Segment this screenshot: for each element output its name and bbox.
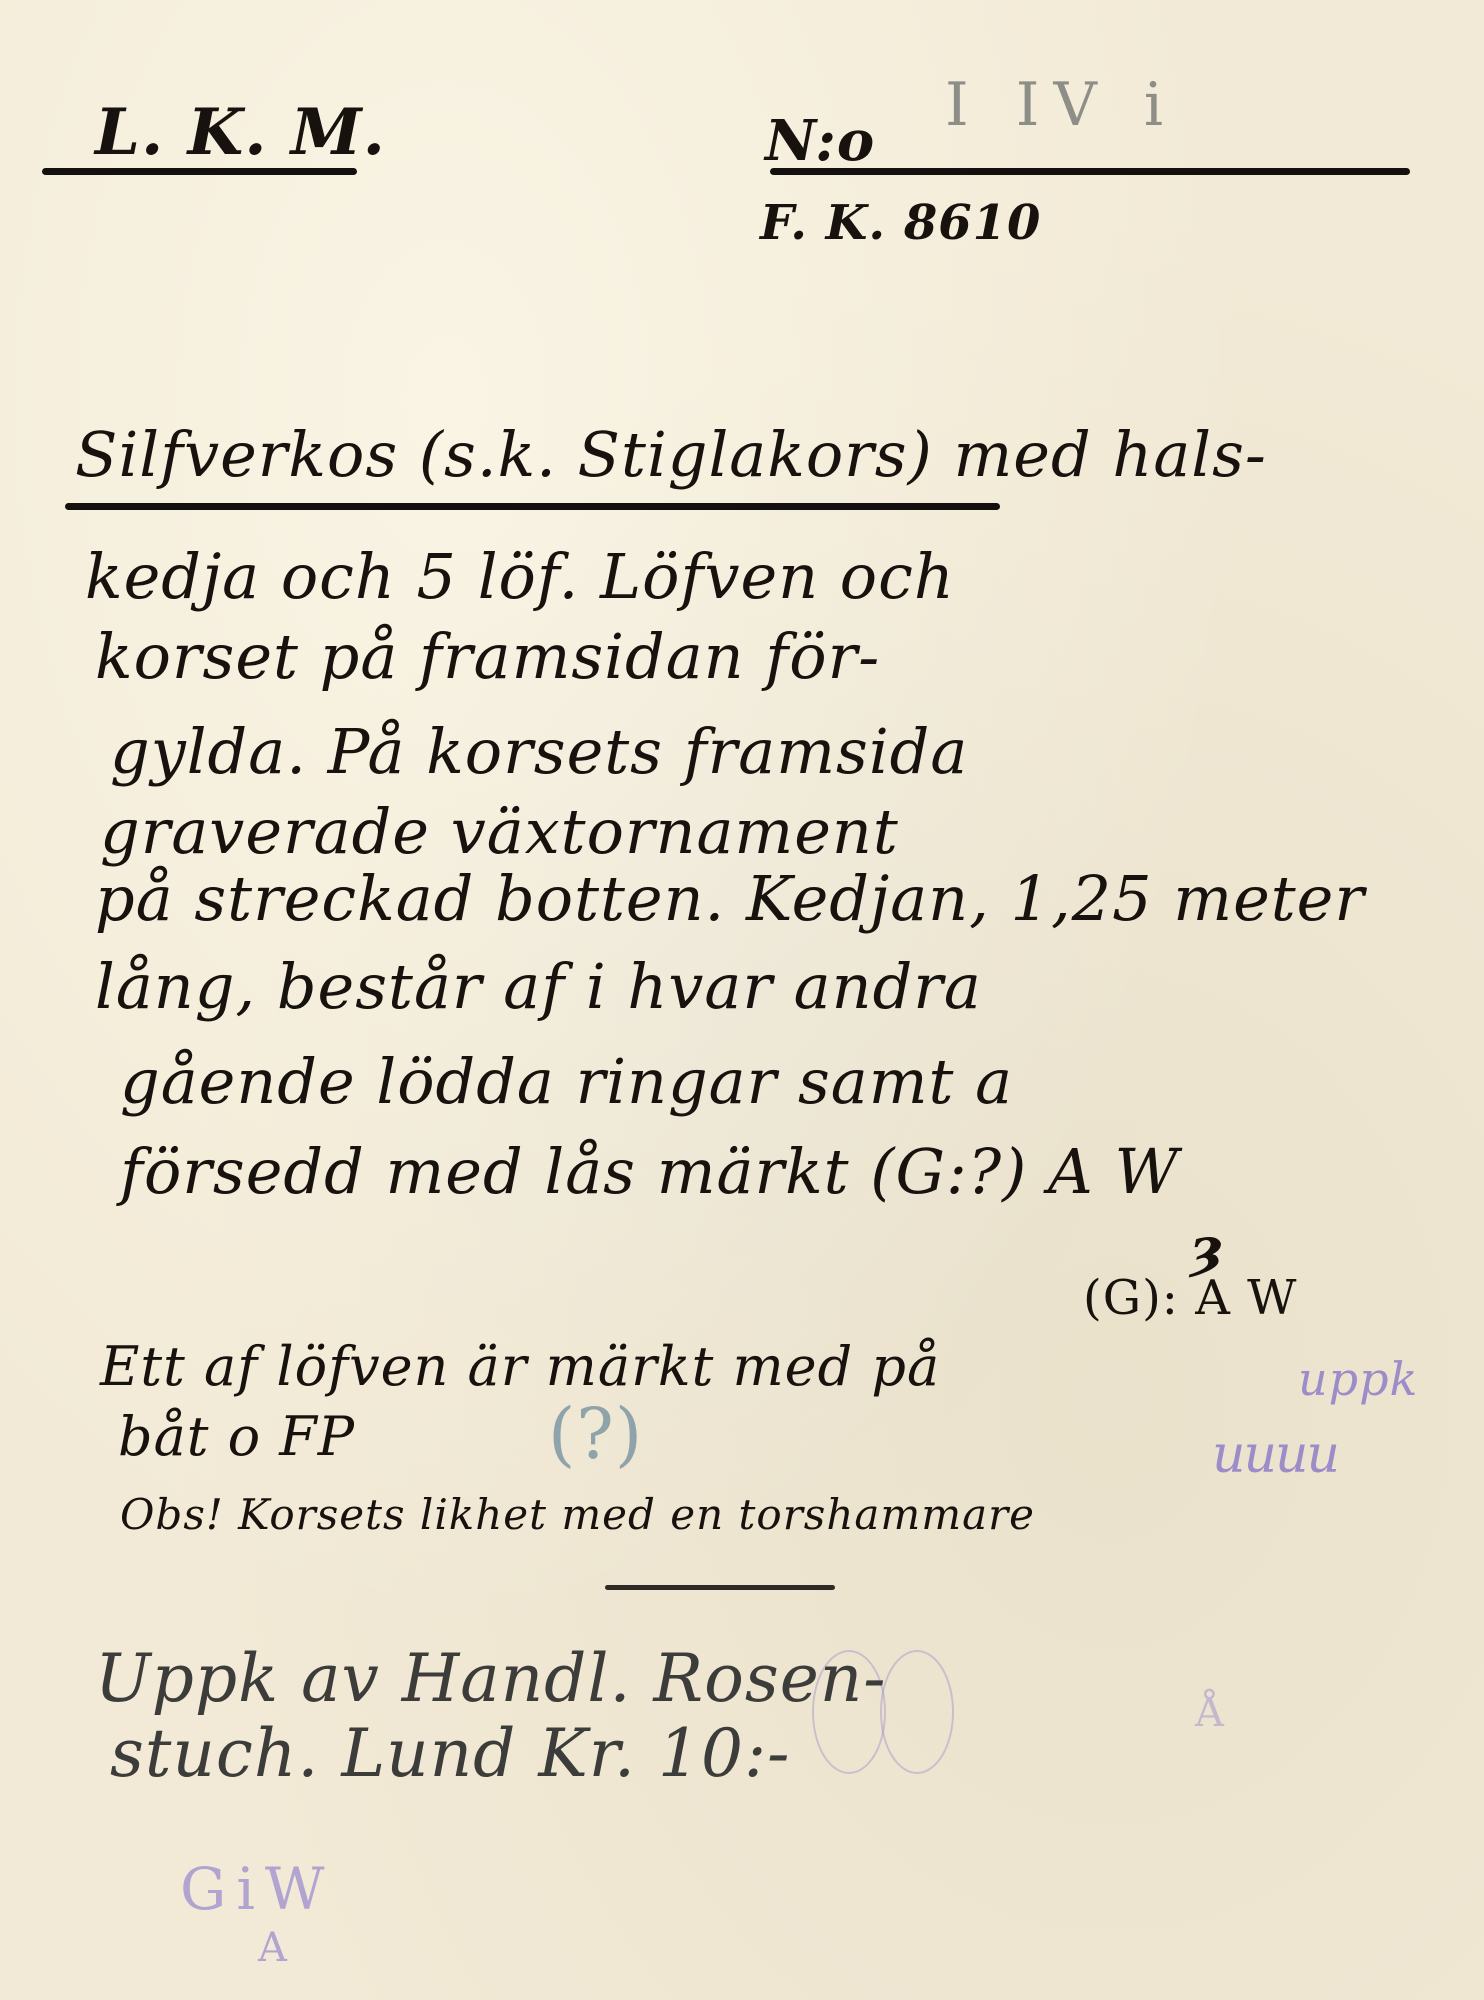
collection-underline [42,168,357,175]
description-line: korset på framsidan för- [95,620,880,693]
description-title: Silfverkos (s.k. Stiglakors) med hals- [75,418,1267,491]
number-label: N:o [765,108,875,174]
description-line: graverade växtornament [100,795,899,868]
stamp-outline [880,1650,954,1774]
description-line: lång, består af i hvar andra [95,950,982,1023]
obs-note: Obs! Korsets likhet med en torshammare [120,1490,1035,1539]
blue-annotation: (?) [548,1393,643,1475]
acquisition-line-2: stuch. Lund Kr. 10:- [110,1715,790,1792]
faint-stamp: Å [1195,1690,1225,1736]
violet-initials: GiW [180,1855,335,1923]
note-line-2: båt o FP [118,1405,355,1468]
violet-squiggle: uuuu [1212,1425,1338,1485]
section-divider [605,1585,835,1590]
description-line: gående lödda ringar samt a [120,1045,1013,1118]
fk-number: F. K. 8610 [760,195,1041,251]
description-line: gylda. På korsets framsida [110,715,968,788]
description-line: kedja och 5 löf. Löfven och [85,540,955,613]
collection-code: L. K. M. [95,95,386,170]
title-underline [65,503,1000,510]
number-underline [770,168,1410,175]
catalogue-card: L. K. M. N:o I IV i F. K. 8610 Silfverko… [0,0,1484,2000]
violet-initial-sub: A [258,1925,288,1971]
violet-annotation: uppk [1298,1352,1418,1406]
number-pencil: I IV i [945,70,1177,140]
mark-row-2: (G): A W [1083,1270,1297,1326]
description-line: på streckad botten. Kedjan, 1,25 meter [95,862,1365,935]
description-line: försedd med lås märkt (G:?) A W [120,1135,1179,1208]
note-line-1: Ett af löfven är märkt med på [100,1335,940,1398]
acquisition-line-1: Uppk av Handl. Rosen- [95,1640,887,1717]
